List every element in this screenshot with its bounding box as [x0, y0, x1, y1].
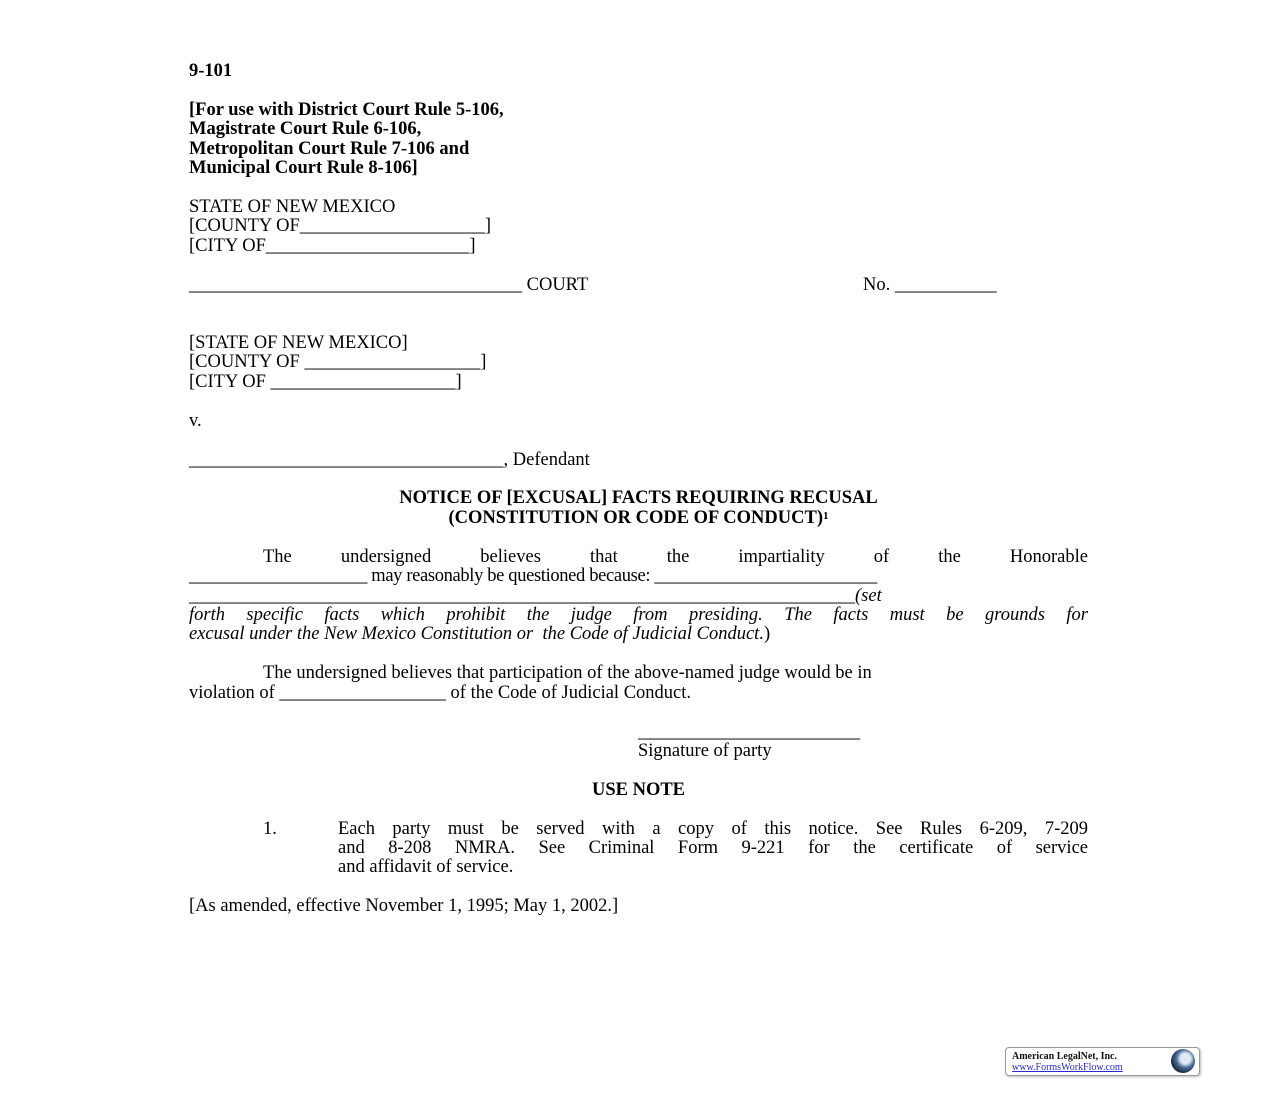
- signature-label: Signature of party: [638, 741, 772, 761]
- para1-line-2[interactable]: ____________________ may reasonably be q…: [189, 566, 877, 586]
- use-note-item-line-2: and 8-208 NMRA. See Criminal Form 9-221 …: [338, 838, 1088, 858]
- para1-line-1: The undersigned believes that the impart…: [263, 547, 1088, 567]
- badge-url-link[interactable]: www.FormsWorkFlow.com: [1012, 1062, 1123, 1073]
- use-note-item-line-1: Each party must be served with a copy of…: [338, 819, 1088, 839]
- signature-line[interactable]: ________________________: [638, 722, 860, 742]
- court-name-field[interactable]: ____________________________________ COU…: [189, 275, 588, 295]
- form-number: 9-101: [189, 61, 232, 81]
- use-with-line-1: [For use with District Court Rule 5-106,: [189, 100, 504, 120]
- instruction-start: (set: [855, 586, 882, 606]
- notice-title-text: (CONSTITUTION OR CODE OF CONDUCT): [449, 508, 823, 528]
- para1-line-3[interactable]: ________________________________________…: [189, 586, 882, 606]
- forms-workflow-badge[interactable]: American LegalNet, Inc. www.FormsWorkFlo…: [1005, 1047, 1200, 1076]
- para2-line-1: The undersigned believes that participat…: [263, 663, 1088, 683]
- notice-title-line-2: (CONSTITUTION OR CODE OF CONDUCT)1: [189, 508, 1088, 528]
- para1-line-5: excusal under the New Mexico Constitutio…: [189, 624, 770, 644]
- document-page: 9-101 [For use with District Court Rule …: [0, 0, 1275, 1100]
- use-with-line-3: Metropolitan Court Rule 7-106 and: [189, 139, 469, 159]
- para2-line-2[interactable]: violation of __________________ of the C…: [189, 683, 691, 703]
- use-note-heading: USE NOTE: [189, 780, 1088, 800]
- globe-logo-icon: [1171, 1049, 1195, 1073]
- party-city-field[interactable]: [CITY OF ____________________]: [189, 372, 462, 392]
- party-county-field[interactable]: [COUNTY OF ___________________]: [189, 352, 486, 372]
- footnote-marker: 1: [823, 510, 829, 522]
- party-state: [STATE OF NEW MEXICO]: [189, 333, 408, 353]
- amendment-history: [As amended, effective November 1, 1995;…: [189, 896, 618, 916]
- use-with-line-4: Municipal Court Rule 8-106]: [189, 158, 418, 178]
- use-note-item-number: 1.: [263, 819, 277, 839]
- instruction-end: excusal under the New Mexico Constitutio…: [189, 624, 764, 644]
- case-number-field[interactable]: No. ___________: [863, 275, 997, 295]
- defendant-field[interactable]: __________________________________, Defe…: [189, 450, 590, 470]
- para1-line-4: forth specific facts which prohibit the …: [189, 605, 1088, 625]
- versus-label: v.: [189, 411, 202, 431]
- use-with-line-2: Magistrate Court Rule 6-106,: [189, 119, 421, 139]
- notice-title-line-1: NOTICE OF [EXCUSAL] FACTS REQUIRING RECU…: [189, 488, 1088, 508]
- caption-city-field[interactable]: [CITY OF______________________]: [189, 236, 476, 256]
- caption-county-field[interactable]: [COUNTY OF____________________]: [189, 216, 491, 236]
- instruction-close-paren: ): [764, 624, 770, 644]
- caption-state: STATE OF NEW MEXICO: [189, 197, 395, 217]
- use-note-item-line-3: and affidavit of service.: [338, 857, 513, 877]
- facts-blank-field[interactable]: ________________________________________…: [189, 586, 855, 606]
- badge-company: American LegalNet, Inc.: [1012, 1051, 1117, 1062]
